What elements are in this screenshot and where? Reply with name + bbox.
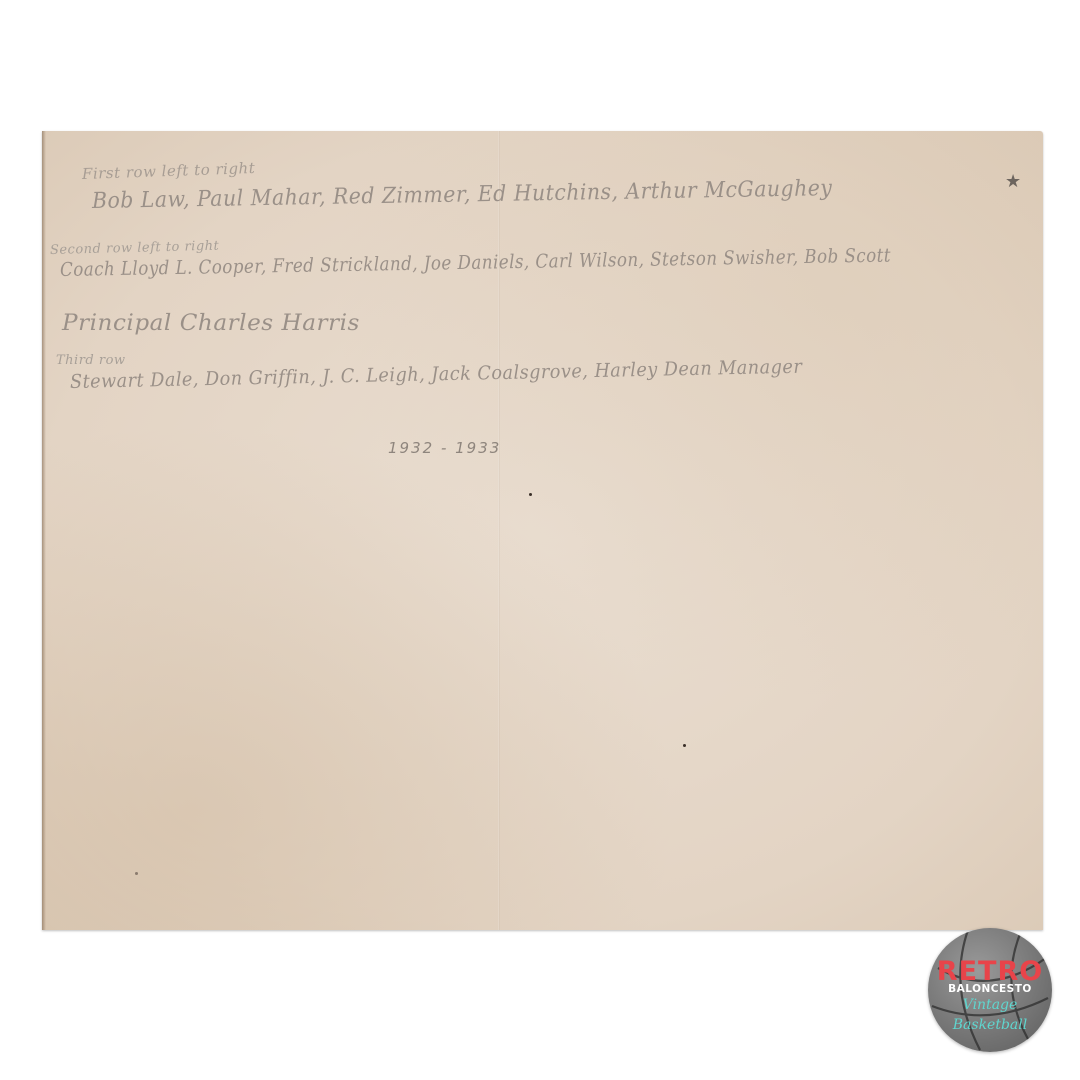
star-mark: ★	[1005, 171, 1021, 192]
logo-subtitle: BALONCESTO	[928, 984, 1052, 995]
logo-title: RETRO	[928, 958, 1052, 985]
year-inscription: 1932 - 1933	[388, 439, 501, 457]
logo-script-vintage: Vintage	[928, 998, 1052, 1012]
retro-baloncesto-logo: RETRO BALONCESTO Vintage Basketball	[928, 928, 1052, 1052]
row3-heading: Third row	[56, 353, 126, 368]
photo-back-paper: First row left to right Bob Law, Paul Ma…	[42, 131, 1043, 930]
speck	[683, 744, 686, 747]
speck	[529, 493, 532, 496]
logo-script-basketball: Basketball	[928, 1018, 1052, 1032]
row1-heading: First row left to right	[82, 159, 256, 183]
row2-heading: Second row left to right	[50, 239, 220, 258]
row2-principal: Principal Charles Harris	[62, 311, 360, 336]
row1-names: Bob Law, Paul Mahar, Red Zimmer, Ed Hutc…	[92, 176, 833, 214]
speck	[135, 872, 138, 875]
row3-names: Stewart Dale, Don Griffin, J. C. Leigh, …	[70, 356, 803, 393]
